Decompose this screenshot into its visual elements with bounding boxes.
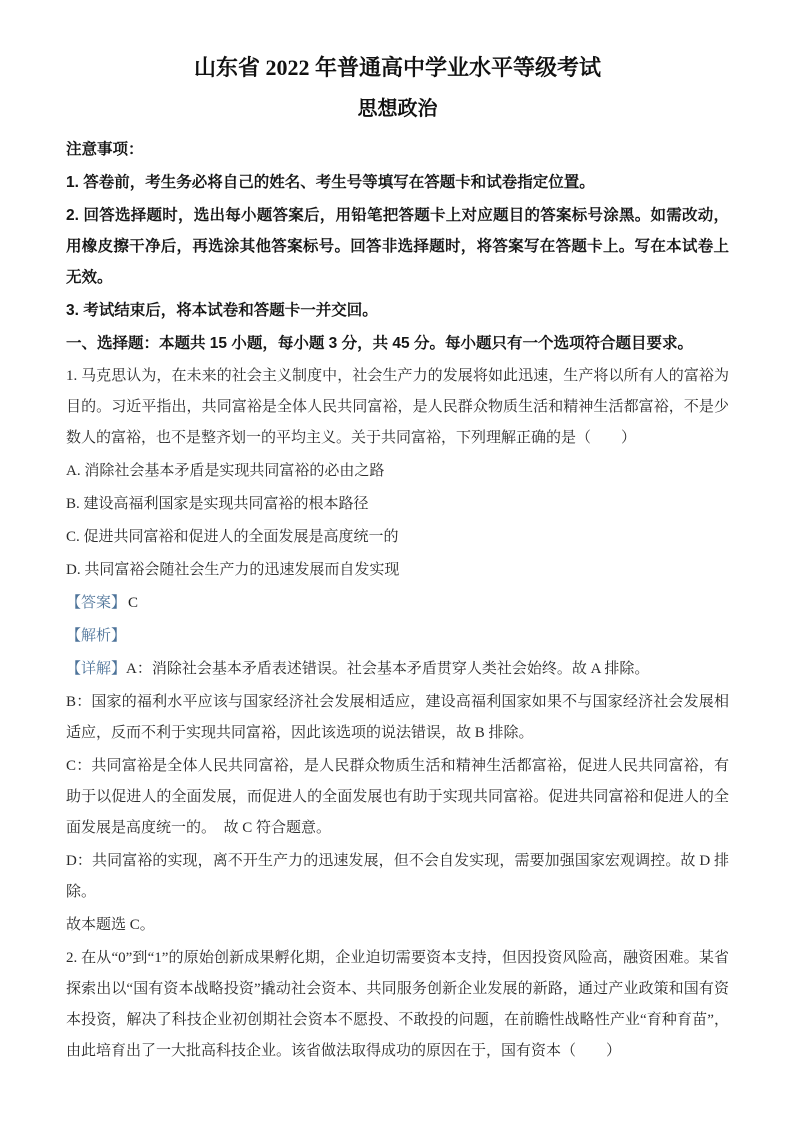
question-1-option-b: B. 建设高福利国家是实现共同富裕的根本路径 [66,489,729,520]
question-1-detail-paragraph-2: B：国家的福利水平应该与国家经济社会发展相适应，建设高福利国家如果不与国家经济社… [66,687,729,749]
notice-item-3: 3. 考试结束后，将本试卷和答题卡一并交回。 [66,295,729,326]
question-1-stem: 1. 马克思认为，在未来的社会主义制度中，社会生产力的发展将如此迅速，生产将以所… [66,361,729,454]
question-1-option-c: C. 促进共同富裕和促进人的全面发展是高度统一的 [66,522,729,553]
analysis-label: 【解析】 [66,628,126,644]
question-1-option-a: A. 消除社会基本矛盾是实现共同富裕的必由之路 [66,456,729,487]
question-1-option-d: D. 共同富裕会随社会生产力的迅速发展而自发实现 [66,555,729,586]
answer-label: 【答案】 [66,595,126,611]
answer-value: C [126,595,138,611]
question-1-answer-line: 【答案】C [66,588,729,619]
question-1-detail-paragraph-1: 【详解】A：消除社会基本矛盾表述错误。社会基本矛盾贯穿人类社会始终。故 A 排除… [66,654,729,685]
exam-title: 山东省 2022 年普通高中学业水平等级考试 [66,54,729,82]
notice-item-1: 1. 答卷前，考生务必将自己的姓名、考生号等填写在答题卡和试卷指定位置。 [66,167,729,198]
exam-document-page: 山东省 2022 年普通高中学业水平等级考试 思想政治 注意事项： 1. 答卷前… [0,0,793,1122]
notice-heading: 注意事项： [66,134,729,165]
notice-item-2: 2. 回答选择题时，选出每小题答案后，用铅笔把答题卡上对应题目的答案标号涂黑。如… [66,200,729,293]
exam-subject: 思想政治 [66,96,729,122]
question-1-detail-paragraph-3: C：共同富裕是全体人民共同富裕，是人民群众物质生活和精神生活都富裕，促进人民共同… [66,751,729,844]
section-header: 一、选择题：本题共 15 小题，每小题 3 分，共 45 分。每小题只有一个选项… [66,328,729,359]
question-1-analysis-line: 【解析】 [66,621,729,652]
detail-label: 【详解】 [66,661,126,677]
detail-text-a: A：消除社会基本矛盾表述错误。社会基本矛盾贯穿人类社会始终。故 A 排除。 [126,661,649,677]
question-2-stem: 2. 在从“0”到“1”的原始创新成果孵化期，企业迫切需要资本支持，但因投资风险… [66,943,729,1067]
question-1-detail-paragraph-4: D：共同富裕的实现，离不开生产力的迅速发展，但不会自发实现，需要加强国家宏观调控… [66,846,729,908]
question-1-detail-conclusion: 故本题选 C。 [66,910,729,941]
